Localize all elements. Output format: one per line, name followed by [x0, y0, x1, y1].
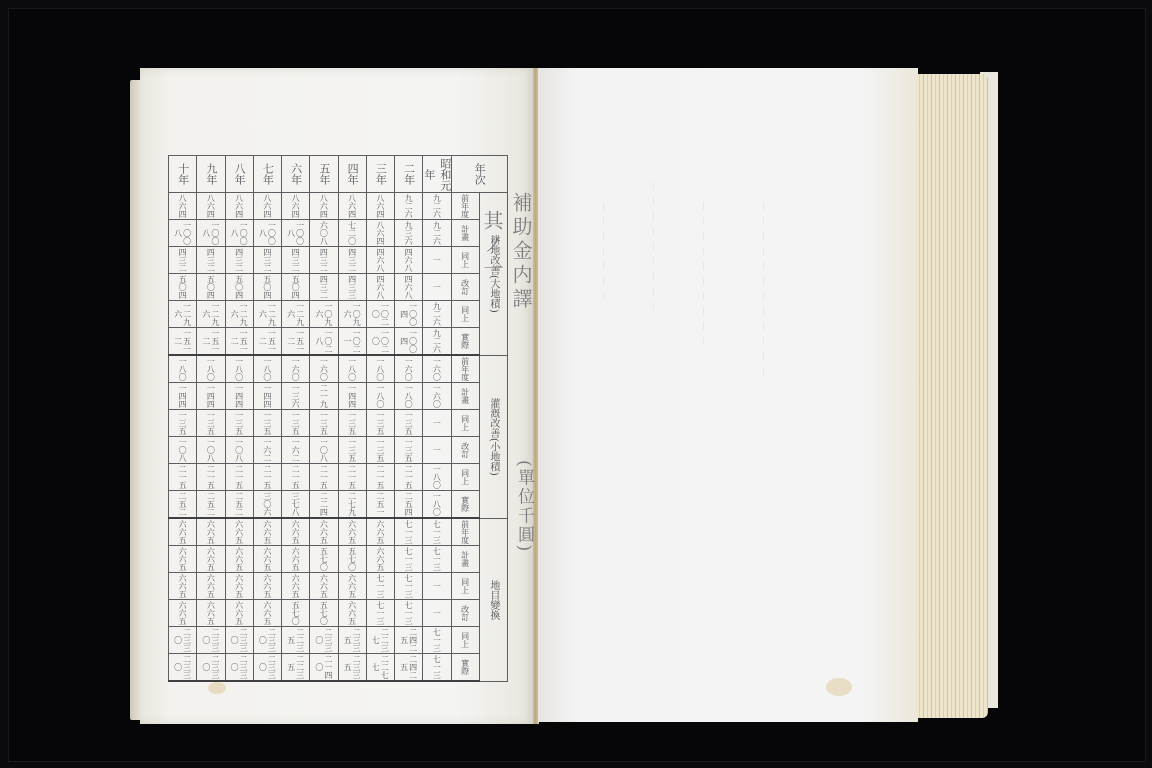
table-row: 二五二二五二二五二三〇六三七八二二四二七九二五一二五四一八〇實際	[169, 491, 508, 519]
table-cell: 九二六	[423, 220, 451, 247]
table-cell: 九二六	[423, 193, 451, 220]
table-row: 六六五六六五六六五六六五五七〇五七〇六六五七一三七一三一改訂	[169, 600, 508, 627]
table-cell: 二四二五	[395, 654, 423, 682]
table-cell: 四六八	[366, 247, 394, 274]
table-cell: 二一五	[338, 464, 366, 491]
table-cell: 六六五	[225, 518, 253, 546]
document-title: 補助金内譯	[507, 192, 536, 312]
table-cell: 一六〇	[423, 355, 451, 383]
row-label: 前年度	[451, 355, 479, 383]
row-label: 前年度	[451, 518, 479, 546]
table-cell: 三〇六	[253, 491, 281, 519]
row-label: 改訂	[451, 437, 479, 464]
table-cell: 四三二	[253, 247, 281, 274]
table-cell: 五〇四	[282, 274, 310, 301]
table-cell: 六六五	[197, 518, 225, 546]
table-cell: 一四四	[197, 383, 225, 410]
table-cell: 一〇八	[225, 437, 253, 464]
table-cell: 六六五	[282, 518, 310, 546]
table-cell: 二二三七	[366, 627, 394, 654]
column-header-year: 二年	[395, 156, 423, 193]
table-cell: 四三二	[197, 247, 225, 274]
row-label: 計畫	[451, 546, 479, 573]
table-cell: 二三三〇	[169, 627, 197, 654]
table-cell: 六六五	[282, 573, 310, 600]
table-cell: 一	[423, 573, 451, 600]
table-cell: 二五一	[366, 491, 394, 519]
table-row: 六六五六六五六六五六六五六六五六六五六六五七一三七一三一同上	[169, 573, 508, 600]
table-row: 一四四一四四一四四一四四一三六二一九一四四一八〇一八〇一六〇計畫	[169, 383, 508, 410]
table-cell: 一三五	[366, 437, 394, 464]
table-cell: 二一五	[395, 464, 423, 491]
table-cell: 二一九	[310, 383, 338, 410]
column-header-year: 三年	[366, 156, 394, 193]
table-cell: 七一三	[423, 654, 451, 682]
bleed-through-text: ﹍﹍﹍﹍﹍﹍﹍	[600, 200, 617, 305]
corner-header: 年次	[451, 156, 508, 193]
table-row: 八六四八六四八六四八六四八六四八六四八六四八六四九二六九二六前年度耕地改善(大地…	[169, 193, 508, 220]
table-header-row: 十年九年八年七年六年五年四年三年二年昭和元年年次	[169, 156, 508, 193]
table-cell: 一〇〇八	[197, 220, 225, 247]
table-cell: 一六二	[253, 437, 281, 464]
table-cell: 一五一二	[197, 328, 225, 356]
table-row: 一〇八一〇八一〇八一六二一六二一〇八一三五一三五一三五一改訂	[169, 437, 508, 464]
table-cell: 一〇二八	[310, 328, 338, 356]
table-cell: 四三三	[338, 274, 366, 301]
table-cell: 二五四	[395, 491, 423, 519]
table-row: 四三二四三二四三二四三二四三二四三二四三二四六八四六八一同上	[169, 247, 508, 274]
group-label: 灌漑改善(小地積)	[479, 355, 507, 518]
table-cell: 七一三	[395, 573, 423, 600]
table-cell: 一八〇	[197, 355, 225, 383]
table-cell: 二二四	[310, 491, 338, 519]
table-cell: 一	[423, 600, 451, 627]
table-cell: 八六四	[169, 193, 197, 220]
table-cell: 六六五	[225, 600, 253, 627]
table-cell: 二三三〇	[225, 654, 253, 682]
table-cell: 一六〇	[395, 355, 423, 383]
table-cell: 一三六	[282, 383, 310, 410]
table-cell: 一四四	[338, 383, 366, 410]
table-cell: 五七〇	[338, 546, 366, 573]
table-cell: 二三三五	[338, 654, 366, 682]
table-cell: 九三六	[395, 220, 423, 247]
table-cell: 二五二	[197, 491, 225, 519]
table-cell: 二一五	[253, 464, 281, 491]
table-cell: 一八〇	[366, 383, 394, 410]
table-cell: 七一三	[395, 518, 423, 546]
table-row: 一〇〇八一〇〇八一〇〇八一〇〇八一〇〇八六〇八七二〇八六四九三六九二六計畫	[169, 220, 508, 247]
table-cell: 一〇八	[197, 437, 225, 464]
table-cell: 六六五	[366, 546, 394, 573]
table-cell: 二三三〇	[225, 627, 253, 654]
table-cell: 七一三	[366, 600, 394, 627]
table-cell: 一〇〇四	[395, 328, 423, 356]
table-row: 六六五六六五六六五六六五六六五六六五六六五六六五七一三七一三前年度地目變換	[169, 518, 508, 546]
table-cell: 六六五	[253, 600, 281, 627]
table-cell: 六六五	[282, 546, 310, 573]
table-row: 一五一二一五一二一五一二一五一二一五一二一〇二八一〇二一一〇二〇一〇〇四九二六實…	[169, 328, 508, 356]
table-cell: 一六〇	[423, 383, 451, 410]
column-header-year: 五年	[310, 156, 338, 193]
table-cell: 二三三〇	[310, 627, 338, 654]
table-row: 二一五二一五二一五二一五二一五二一五二一五二一五二一五一八〇同上	[169, 464, 508, 491]
table-cell: 六六五	[253, 518, 281, 546]
document-unit-note: (單位千圓)	[512, 460, 537, 553]
row-label: 計畫	[451, 220, 479, 247]
row-label: 實際	[451, 328, 479, 356]
row-label: 前年度	[451, 193, 479, 220]
table-cell: 六六五	[253, 573, 281, 600]
table-row: 一二九六一二九六一二九六一二九六一二九六一〇九六一〇九六一〇二〇一〇〇四九二六同…	[169, 301, 508, 328]
table-cell: 一〇二〇	[366, 328, 394, 356]
table-cell: 六六五	[366, 518, 394, 546]
table-cell: 八六四	[253, 193, 281, 220]
table-cell: 八六四	[338, 193, 366, 220]
table-cell: 六六五	[225, 573, 253, 600]
table-cell: 一〇九六	[310, 301, 338, 328]
table-cell: 一〇〇八	[225, 220, 253, 247]
subsidy-breakdown-table: 十年九年八年七年六年五年四年三年二年昭和元年年次八六四八六四八六四八六四八六四八…	[168, 155, 508, 682]
table-cell: 六六五	[310, 573, 338, 600]
table-cell: 一四四	[169, 383, 197, 410]
table-cell: 五〇四	[197, 274, 225, 301]
table-row: 一三五一三五一三五一三五一三五一三五一三五一三五一三五一同上	[169, 410, 508, 437]
table-cell: 一〇二〇	[366, 301, 394, 328]
table-cell: 一〇〇八	[253, 220, 281, 247]
table-cell: 一二九六	[225, 301, 253, 328]
table-cell: 七一三	[395, 600, 423, 627]
table-cell: 一八〇	[423, 464, 451, 491]
table-cell: 四三二	[310, 247, 338, 274]
table-cell: 一八〇	[225, 355, 253, 383]
table-cell: 一〇八	[169, 437, 197, 464]
table-cell: 二一五	[310, 464, 338, 491]
column-header-year: 十年	[169, 156, 197, 193]
row-label: 改訂	[451, 600, 479, 627]
table-cell: 六六五	[169, 518, 197, 546]
table-cell: 一八〇	[253, 355, 281, 383]
table-row: 二三三〇二三三〇二三三〇二三三〇二二三五二三三〇二三三五二二三七二四二五七一三同…	[169, 627, 508, 654]
table-cell: 一三五	[366, 410, 394, 437]
table-cell: 九二六	[395, 193, 423, 220]
right-page	[538, 68, 918, 722]
bleed-through-text: ﹍﹍﹍﹍﹍﹍﹍﹍﹍	[650, 180, 667, 315]
table-cell: 五〇四	[169, 274, 197, 301]
table-cell: 四三二	[282, 247, 310, 274]
paper-stain	[826, 678, 852, 696]
table-cell: 六六五	[338, 518, 366, 546]
table-cell: 六六五	[225, 546, 253, 573]
column-header-year: 八年	[225, 156, 253, 193]
table-cell: 七一三	[366, 573, 394, 600]
row-label: 同上	[451, 627, 479, 654]
table-cell: 六六五	[310, 518, 338, 546]
table-cell: 七一三	[423, 627, 451, 654]
table-cell: 二一五	[225, 464, 253, 491]
table-cell: 一三五	[253, 410, 281, 437]
table-cell: 八六四	[282, 193, 310, 220]
table-cell: 五〇四	[253, 274, 281, 301]
document-title-block: 補助金内譯 其ノ一	[510, 192, 536, 312]
table-row: 一八〇一八〇一八〇一八〇一六〇一六〇一八〇一八〇一六〇一六〇前年度灌漑改善(小地…	[169, 355, 508, 383]
table-cell: 一	[423, 437, 451, 464]
table-cell: 一三五	[395, 437, 423, 464]
table-cell: 一三五	[225, 410, 253, 437]
table-cell: 一二九六	[253, 301, 281, 328]
table-cell: 一五一二	[282, 328, 310, 356]
column-header-year: 六年	[282, 156, 310, 193]
table-cell: 四六八	[395, 247, 423, 274]
table-cell: 一三五	[282, 410, 310, 437]
table-cell: 六六五	[169, 546, 197, 573]
table-cell: 三七八	[282, 491, 310, 519]
table-cell: 二五二	[169, 491, 197, 519]
table-cell: 二二三五	[282, 627, 310, 654]
table-cell: 二一五	[282, 464, 310, 491]
table-cell: 四三二	[169, 247, 197, 274]
table-cell: 五七〇	[310, 600, 338, 627]
paper-stain	[208, 682, 226, 694]
table-cell: 一二九六	[197, 301, 225, 328]
table-cell: 一	[423, 410, 451, 437]
table-cell: 一〇八	[310, 437, 338, 464]
table-cell: 二四二五	[395, 627, 423, 654]
table-cell: 六〇八	[310, 220, 338, 247]
table-cell: 七二〇	[338, 220, 366, 247]
table-cell: 一四四	[225, 383, 253, 410]
column-header-year: 七年	[253, 156, 281, 193]
table-cell: 一六〇	[282, 355, 310, 383]
table-cell: 二一四〇	[310, 654, 338, 682]
table-row: 六六五六六五六六五六六五六六五五七〇五七〇六六五七一三七一三計畫	[169, 546, 508, 573]
table-cell: 七一三	[395, 546, 423, 573]
row-label: 同上	[451, 247, 479, 274]
table-cell: 二七九	[338, 491, 366, 519]
table-cell: 五〇四	[225, 274, 253, 301]
row-label: 實際	[451, 654, 479, 682]
table-cell: 六六五	[197, 573, 225, 600]
table-cell: 二一五	[366, 464, 394, 491]
table-cell: 二三三〇	[197, 654, 225, 682]
table-cell: 九二六	[423, 328, 451, 356]
table-cell: 一八〇	[338, 355, 366, 383]
table-cell: 二一五	[169, 464, 197, 491]
table-cell: 四三二	[310, 274, 338, 301]
table-cell: 二三三〇	[253, 654, 281, 682]
table-cell: 一八〇	[366, 355, 394, 383]
table-cell: 一二九六	[282, 301, 310, 328]
table-cell: 四六八	[395, 274, 423, 301]
table-cell: 二一五	[197, 464, 225, 491]
table-cell: 六六五	[197, 546, 225, 573]
table-cell: 二三三〇	[253, 627, 281, 654]
table-cell: 一五一二	[253, 328, 281, 356]
row-label: 改訂	[451, 274, 479, 301]
table-cell: 八六四	[366, 220, 394, 247]
column-header-year: 昭和元年	[423, 156, 451, 193]
table-cell: 二三三〇	[169, 654, 197, 682]
table-cell: 五七〇	[282, 600, 310, 627]
column-header-year: 四年	[338, 156, 366, 193]
table-cell: 六六五	[253, 546, 281, 573]
table-cell: 二三三〇	[197, 627, 225, 654]
row-label: 同上	[451, 464, 479, 491]
table-cell: 四三二	[225, 247, 253, 274]
document-subtitle: 其ノ一	[478, 210, 507, 312]
table-cell: 七一三	[423, 546, 451, 573]
table-cell: 一三五	[395, 410, 423, 437]
table-cell: 六六五	[169, 573, 197, 600]
table-cell: 五七〇	[310, 546, 338, 573]
group-label: 地目變換	[479, 518, 507, 681]
table-cell: 一三五	[197, 410, 225, 437]
table-cell: 四六八	[366, 274, 394, 301]
table-cell: 一〇〇四	[395, 301, 423, 328]
table-cell: 一	[423, 274, 451, 301]
table-cell: 八六四	[225, 193, 253, 220]
table-cell: 一三五	[310, 410, 338, 437]
table-cell: 八六四	[366, 193, 394, 220]
table-cell: 八六四	[310, 193, 338, 220]
row-label: 同上	[451, 573, 479, 600]
table-cell: 二五二	[225, 491, 253, 519]
table-cell: 一三五	[338, 410, 366, 437]
table-cell: 二二七七	[366, 654, 394, 682]
table-cell: 二二三五	[282, 654, 310, 682]
bleed-through-text: ﹍﹍﹍﹍﹍﹍﹍﹍﹍﹍﹍﹍	[760, 200, 777, 380]
table-cell: 八六四	[197, 193, 225, 220]
table-cell: 一	[423, 247, 451, 274]
row-label: 同上	[451, 301, 479, 328]
table-cell: 一三五	[338, 437, 366, 464]
bleed-through-text: ﹍﹍﹍﹍﹍﹍﹍﹍﹍﹍	[700, 200, 717, 350]
table-row: 五〇四五〇四五〇四五〇四五〇四四三二四三三四六八四六八一改訂	[169, 274, 508, 301]
table-cell: 一四四	[253, 383, 281, 410]
table-cell: 六六五	[338, 573, 366, 600]
table-cell: 一五一二	[225, 328, 253, 356]
table-cell: 一二九六	[169, 301, 197, 328]
table-cell: 一八〇	[395, 383, 423, 410]
column-header-year: 九年	[197, 156, 225, 193]
table-cell: 一八〇	[169, 355, 197, 383]
table-cell: 六六五	[338, 600, 366, 627]
table-cell: 一三五	[169, 410, 197, 437]
table-cell: 二三三五	[338, 627, 366, 654]
table-cell: 一五一二	[169, 328, 197, 356]
row-label: 計畫	[451, 383, 479, 410]
table-cell: 一六〇	[310, 355, 338, 383]
table-row: 二三三〇二三三〇二三三〇二三三〇二二三五二一四〇二三三五二二七七二四二五七一三實…	[169, 654, 508, 682]
table-cell: 一六二	[282, 437, 310, 464]
table-cell: 一〇二一	[338, 328, 366, 356]
row-label: 實際	[451, 491, 479, 519]
table-cell: 一〇〇八	[169, 220, 197, 247]
table-cell: 九二六	[423, 301, 451, 328]
table-cell: 六六五	[169, 600, 197, 627]
table-cell: 六六五	[197, 600, 225, 627]
right-page-stack-edge	[916, 74, 988, 718]
table-cell: 一〇〇八	[282, 220, 310, 247]
table-cell: 一〇九六	[338, 301, 366, 328]
table-cell: 七一三	[423, 518, 451, 546]
row-label: 同上	[451, 410, 479, 437]
table-cell: 四三二	[338, 247, 366, 274]
table-cell: 一八〇	[423, 491, 451, 519]
